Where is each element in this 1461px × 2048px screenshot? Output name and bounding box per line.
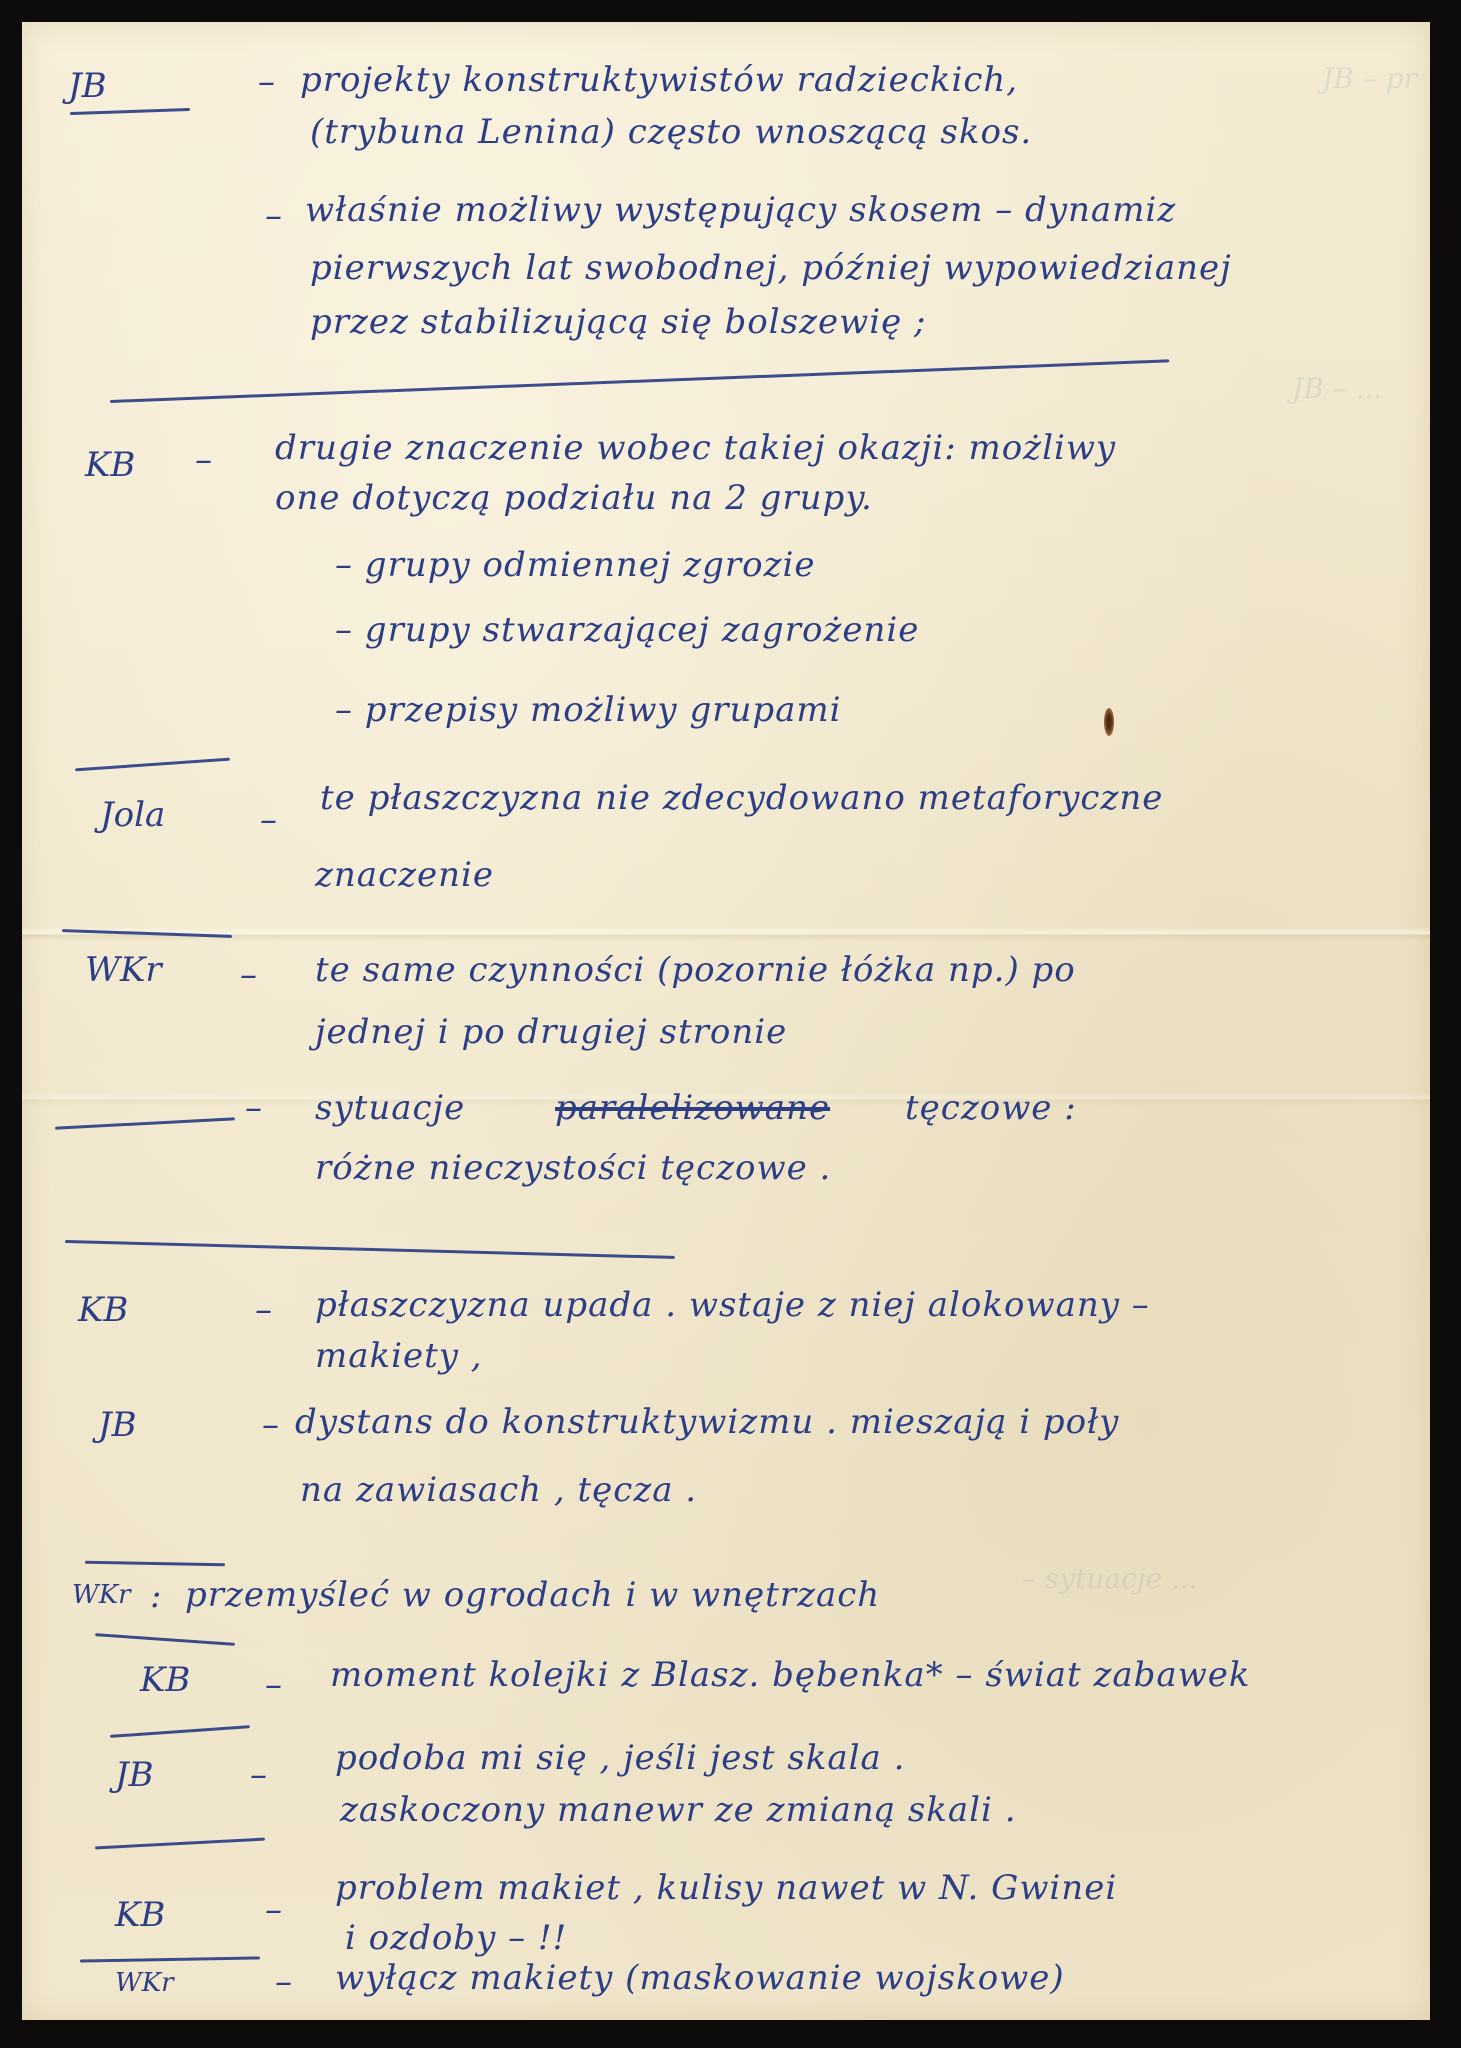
note-line: jednej i po drugiej stronie bbox=[315, 1012, 787, 1052]
note-line: znaczenie bbox=[315, 855, 494, 895]
struck-out-word: paralelizowane bbox=[555, 1088, 830, 1128]
note-line: dystans do konstruktywizmu . mieszają i … bbox=[295, 1402, 1119, 1442]
speaker-label: JB bbox=[98, 1405, 137, 1445]
note-line: tęczowe : bbox=[905, 1088, 1077, 1128]
speaker-label: WKr bbox=[72, 1580, 131, 1610]
entry-dash: – bbox=[265, 1890, 283, 1930]
note-line: moment kolejki z Blasz. bębenka* – świat… bbox=[330, 1655, 1251, 1695]
note-line: przez stabilizującą się bolszewię ; bbox=[310, 302, 927, 342]
speaker-label: KB bbox=[140, 1660, 190, 1700]
note-line: makiety , bbox=[315, 1336, 483, 1376]
entry-dash: – bbox=[255, 1290, 273, 1330]
paper-fold-crease bbox=[22, 927, 1430, 941]
speaker-label: KB bbox=[78, 1290, 128, 1330]
speaker-label: WKr bbox=[115, 1968, 174, 1998]
entry-dash: – bbox=[245, 1088, 263, 1128]
note-line: na zawiasach , tęcza . bbox=[300, 1470, 697, 1510]
note-line: te same czynności (pozornie łóżka np.) p… bbox=[315, 950, 1076, 990]
speaker-label: Jola bbox=[100, 795, 165, 835]
entry-dash: – bbox=[250, 1755, 268, 1795]
note-line: te płaszczyzna nie zdecydowano metaforyc… bbox=[320, 778, 1163, 818]
note-line: problem makiet , kulisy nawet w N. Gwine… bbox=[335, 1868, 1117, 1908]
note-line: drugie znaczenie wobec takiej okazji: mo… bbox=[275, 428, 1116, 468]
note-line: one dotyczą podziału na 2 grupy. bbox=[275, 478, 873, 518]
speaker-label: WKr bbox=[85, 950, 162, 990]
note-line: (trybuna Lenina) często wnoszącą skos. bbox=[310, 112, 1032, 152]
entry-dash: – bbox=[195, 440, 213, 480]
note-line: właśnie możliwy występujący skosem – dyn… bbox=[305, 190, 1176, 230]
entry-dash: – bbox=[262, 1405, 280, 1445]
entry-dash: – bbox=[275, 1962, 293, 2002]
note-line: płaszczyzna upada . wstaje z niej alokow… bbox=[315, 1285, 1150, 1325]
entry-dash: : bbox=[150, 1576, 162, 1616]
note-line: wyłącz makiety (maskowanie wojskowe) bbox=[335, 1958, 1065, 1998]
entry-dash: – bbox=[260, 800, 278, 840]
entry-dash: – bbox=[258, 62, 276, 102]
entry-dash: – bbox=[265, 196, 283, 236]
note-line: zaskoczony manewr ze zmianą skali . bbox=[340, 1790, 1017, 1830]
note-line: projekty konstruktywistów radzieckich, bbox=[300, 60, 1018, 100]
entry-dash: – bbox=[265, 1665, 283, 1705]
speaker-label: JB bbox=[115, 1755, 154, 1795]
speaker-label: KB bbox=[115, 1895, 165, 1935]
note-line: pierwszych lat swobodnej, później wypowi… bbox=[310, 248, 1232, 288]
bleed-through-text: JB – ... bbox=[1292, 372, 1382, 405]
note-line: podoba mi się , jeśli jest skala . bbox=[335, 1738, 905, 1778]
sub-item: – grupy stwarzającej zagrożenie bbox=[335, 610, 919, 650]
note-line: i ozdoby – !! bbox=[345, 1918, 567, 1958]
note-line: przemyśleć w ogrodach i w wnętrzach bbox=[185, 1575, 880, 1615]
note-line: różne nieczystości tęczowe . bbox=[315, 1148, 831, 1188]
speaker-label: KB bbox=[85, 445, 135, 485]
bleed-through-text: – sytuacje ... bbox=[1022, 1562, 1198, 1595]
sub-item: – przepisy możliwy grupami bbox=[335, 690, 842, 730]
entry-dash: – bbox=[240, 955, 258, 995]
ink-stain bbox=[1104, 708, 1114, 736]
sub-item: – grupy odmiennej zgrozie bbox=[335, 545, 816, 585]
speaker-label: JB bbox=[68, 66, 107, 106]
note-line: sytuacje bbox=[315, 1088, 465, 1128]
bleed-through-text: JB – pr bbox=[1322, 62, 1417, 95]
